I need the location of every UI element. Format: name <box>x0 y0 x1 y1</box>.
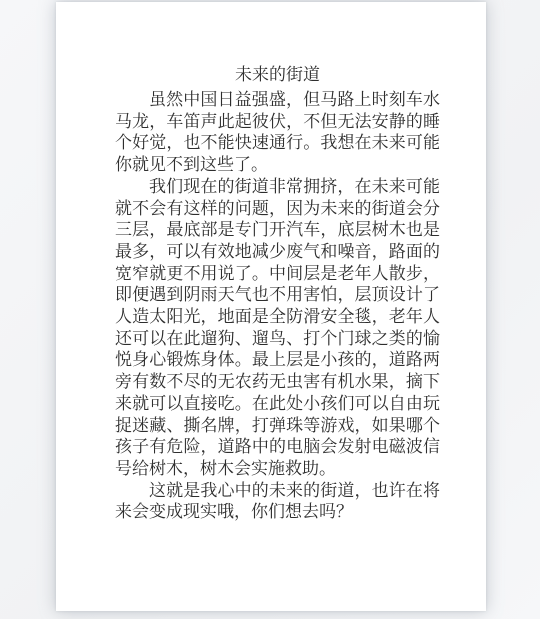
text-line: 就不会有这样的问题，因为未来的街道会分 <box>115 198 440 220</box>
viewer-background: 未来的街道 虽然中国日益强盛，但马路上时刻车水马龙，车笛声此起彼伏，不但无法安静… <box>0 0 540 619</box>
text-line: 旁有数不尽的无农药无虫害有机水果，摘下 <box>115 371 440 393</box>
text-line: 来就可以直接吃。在此处小孩们可以自由玩 <box>115 393 440 415</box>
text-line: 三层，最底部是专门开汽车，底层树木也是 <box>115 219 440 241</box>
text-line: 虽然中国日益强盛，但马路上时刻车水 <box>115 89 440 111</box>
text-line: 孩子有危险，道路中的电脑会发射电磁波信 <box>115 436 440 458</box>
paragraph: 这就是我心中的未来的街道，也许在将来会变成现实哦，你们想去吗？ <box>115 480 440 523</box>
paragraph: 虽然中国日益强盛，但马路上时刻车水马龙，车笛声此起彼伏，不但无法安静的睡个好觉，… <box>115 89 440 176</box>
text-line: 还可以在此遛狗、遛鸟、打个门球之类的愉 <box>115 328 440 350</box>
text-line: 即便遇到阴雨天气也不用害怕，层顶设计了 <box>115 284 440 306</box>
text-line: 你就见不到这些了。 <box>115 154 440 176</box>
document-body: 虽然中国日益强盛，但马路上时刻车水马龙，车笛声此起彼伏，不但无法安静的睡个好觉，… <box>115 89 440 523</box>
text-line: 马龙，车笛声此起彼伏，不但无法安静的睡 <box>115 111 440 133</box>
text-line: 捉迷藏、撕名牌，打弹珠等游戏，如果哪个 <box>115 415 440 437</box>
document-title: 未来的街道 <box>115 64 440 86</box>
text-line: 我们现在的街道非常拥挤，在未来可能 <box>115 176 440 198</box>
text-line: 号给树木，树木会实施救助。 <box>115 458 440 480</box>
text-line: 来会变成现实哦，你们想去吗？ <box>115 501 440 523</box>
text-line: 悦身心锻炼身体。最上层是小孩的，道路两 <box>115 349 440 371</box>
document-page: 未来的街道 虽然中国日益强盛，但马路上时刻车水马龙，车笛声此起彼伏，不但无法安静… <box>56 2 486 611</box>
text-line: 宽窄就更不用说了。中间层是老年人散步， <box>115 263 440 285</box>
text-line: 最多，可以有效地减少废气和噪音，路面的 <box>115 241 440 263</box>
text-line: 人造太阳光，地面是全防滑安全毯，老年人 <box>115 306 440 328</box>
text-line: 个好觉，也不能快速通行。我想在未来可能 <box>115 132 440 154</box>
text-line: 这就是我心中的未来的街道，也许在将 <box>115 480 440 502</box>
paragraph: 我们现在的街道非常拥挤，在未来可能就不会有这样的问题，因为未来的街道会分三层，最… <box>115 176 440 480</box>
